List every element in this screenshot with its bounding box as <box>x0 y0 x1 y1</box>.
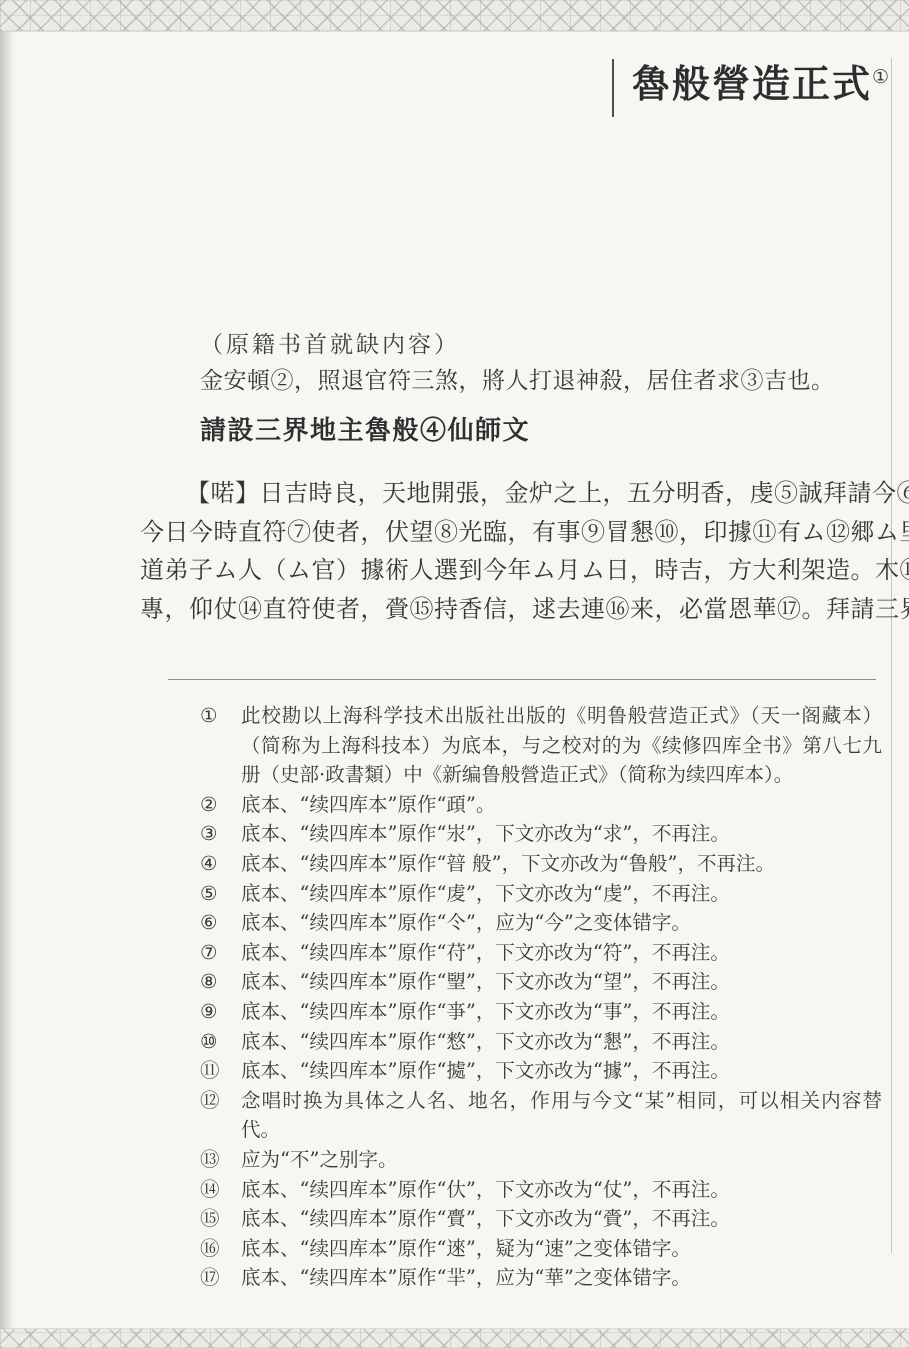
footnote-item: ① 此校勘以上海科学技术出版社出版的《明鲁般营造正式》（天一阁藏本）（简称为上海… <box>200 701 882 790</box>
footnote-item: ⑥ 底本、“续四库本”原作“仒”，应为“今”之变体错字。 <box>200 908 882 938</box>
footnote-text: 底本、“续四库本”原作“賷”，下文亦改为“賫”，不再注。 <box>241 1204 882 1234</box>
footnote-item: ⑬ 应为“不”之别字。 <box>200 1145 882 1175</box>
page-title-text: 魯般營造正式 <box>632 61 872 106</box>
paragraph-line: 【喏】日吉時良，天地開張，金炉之上，五分明香，虔⑤誠拜請今⑥年今月 <box>140 474 892 513</box>
footnote-number: ③ <box>200 819 241 849</box>
footnote-item: ③ 底本、“续四库本”原作“汖”，下文亦改为“求”，不再注。 <box>200 819 882 849</box>
footnote-number: ② <box>200 790 241 820</box>
page-title: 魯般營造正式① <box>632 62 889 106</box>
footnote-text: 底本、“续四库本”原作“羋”，应为“華”之变体错字。 <box>241 1263 882 1293</box>
page-edge-line <box>891 58 892 1253</box>
footnote-number: ⑭ <box>200 1175 241 1205</box>
footnote-text: 此校勘以上海科学技术出版社出版的《明鲁般营造正式》（天一阁藏本）（简称为上海科技… <box>241 701 882 790</box>
footnote-number: ⑩ <box>200 1027 241 1057</box>
intro-text-line: 金安頓②，照退官符三煞，將人打退神殺，居住者求③吉也。 <box>200 362 835 395</box>
footnote-number: ⑫ <box>200 1086 241 1116</box>
footnote-number: ④ <box>200 849 241 879</box>
main-paragraph: 【喏】日吉時良，天地開張，金炉之上，五分明香，虔⑤誠拜請今⑥年今月 今日今時直符… <box>140 474 892 628</box>
footnote-item: ⑰ 底本、“续四库本”原作“羋”，应为“華”之变体错字。 <box>200 1263 882 1293</box>
decorative-lattice-band-top <box>0 0 909 32</box>
footnote-number: ⑬ <box>200 1145 241 1175</box>
footnote-text: 底本、“续四库本”原作“㐲”，下文亦改为“仗”，不再注。 <box>241 1175 882 1205</box>
footnote-number: ⑦ <box>200 938 241 968</box>
footnote-item: ⑪ 底本、“续四库本”原作“㨿”，下文亦改为“據”，不再注。 <box>200 1056 882 1086</box>
footnote-text: 底本、“续四库本”原作“逨”，疑为“速”之变体错字。 <box>241 1234 882 1264</box>
footnote-item: ⑮ 底本、“续四库本”原作“賷”，下文亦改为“賫”，不再注。 <box>200 1204 882 1234</box>
decorative-lattice-band-bottom <box>0 1328 909 1348</box>
footnote-text: 底本、“续四库本”原作“汖”，下文亦改为“求”，不再注。 <box>241 819 882 849</box>
title-footnote-ref: ① <box>872 66 889 88</box>
footnote-number: ⑰ <box>200 1263 241 1293</box>
footnote-separator-rule <box>168 679 876 680</box>
footnote-text: 底本、“续四库本”原作“仒”，应为“今”之变体错字。 <box>241 908 882 938</box>
paragraph-line: 道弟子ム人（ム官）據術人選到今年ム月ム日，時吉，方大利架造。木⑬敢自 <box>140 551 892 590</box>
footnote-text: 念唱时换为具体之人名、地名，作用与今文“某”相同，可以相关内容替代。 <box>241 1086 882 1145</box>
footnote-number: ⑨ <box>200 997 241 1027</box>
paragraph-line: 專，仰仗⑭直符使者，賫⑮持香信，逑去連⑯来，必當恩華⑰。拜請三界四府 <box>140 590 892 629</box>
footnote-number: ⑥ <box>200 908 241 938</box>
paragraph-line: 今日今時直符⑦使者，伏望⑧光臨，有事⑨冒懇⑩，印據⑪有ム⑫郷ム里奉大 <box>140 513 892 552</box>
footnote-list: ① 此校勘以上海科学技术出版社出版的《明鲁般营造正式》（天一阁藏本）（简称为上海… <box>200 701 882 1293</box>
footnote-number: ⑮ <box>200 1204 241 1234</box>
footnote-item: ⑯ 底本、“续四库本”原作“逨”，疑为“速”之变体错字。 <box>200 1234 882 1264</box>
footnote-item: ⑤ 底本、“续四库本”原作“䖍”，下文亦改为“虔”，不再注。 <box>200 879 882 909</box>
footnote-text: 底本、“续四库本”原作“憗”，下文亦改为“懇”，不再注。 <box>241 1027 882 1057</box>
footnote-number: ⑤ <box>200 879 241 909</box>
section-heading: 請設三界地主魯般④仙師文 <box>200 410 530 447</box>
scan-gutter-shadow <box>0 31 14 1329</box>
footnote-item: ⑭ 底本、“续四库本”原作“㐲”，下文亦改为“仗”，不再注。 <box>200 1175 882 1205</box>
footnote-number: ⑧ <box>200 967 241 997</box>
footnote-text: 底本、“续四库本”原作“䖍”，下文亦改为“虔”，不再注。 <box>241 879 882 909</box>
title-block: 魯般營造正式① <box>612 62 889 117</box>
footnote-item: ⑦ 底本、“续四库本”原作“苻”，下文亦改为“符”，不再注。 <box>200 938 882 968</box>
footnote-text: 应为“不”之别字。 <box>241 1145 882 1175</box>
scanned-book-page: 魯般營造正式① （原籍书首就缺内容） 金安頓②，照退官符三煞，將人打退神殺，居住… <box>0 0 909 1348</box>
footnote-item: ⑨ 底本、“续四库本”原作“亊”，下文亦改为“事”，不再注。 <box>200 997 882 1027</box>
footnote-number: ① <box>200 701 241 731</box>
footnote-text: 底本、“续四库本”原作“亊”，下文亦改为“事”，不再注。 <box>241 997 882 1027</box>
footnote-text: 底本、“续四库本”原作“㨿”，下文亦改为“據”，不再注。 <box>241 1056 882 1086</box>
footnote-text: 底本、“续四库本”原作“頙”。 <box>241 790 882 820</box>
footnote-item: ⑩ 底本、“续四库本”原作“憗”，下文亦改为“懇”，不再注。 <box>200 1027 882 1057</box>
footnote-item: ⑫ 念唱时换为具体之人名、地名，作用与今文“某”相同，可以相关内容替代。 <box>200 1086 882 1145</box>
footnote-number: ⑪ <box>200 1056 241 1086</box>
footnote-item: ⑧ 底本、“续四库本”原作“朢”，下文亦改为“望”，不再注。 <box>200 967 882 997</box>
footnote-text: 底本、“续四库本”原作“朢”，下文亦改为“望”，不再注。 <box>241 967 882 997</box>
missing-content-note: （原籍书首就缺内容） <box>200 326 460 359</box>
title-divider-bar <box>612 59 614 117</box>
footnote-text: 底本、“续四库本”原作“苻”，下文亦改为“符”，不再注。 <box>241 938 882 968</box>
footnote-item: ② 底本、“续四库本”原作“頙”。 <box>200 790 882 820</box>
footnote-text: 底本、“续四库本”原作“暜 般”，下文亦改为“鲁般”，不再注。 <box>241 849 882 879</box>
footnote-item: ④ 底本、“续四库本”原作“暜 般”，下文亦改为“鲁般”，不再注。 <box>200 849 882 879</box>
footnote-number: ⑯ <box>200 1234 241 1264</box>
